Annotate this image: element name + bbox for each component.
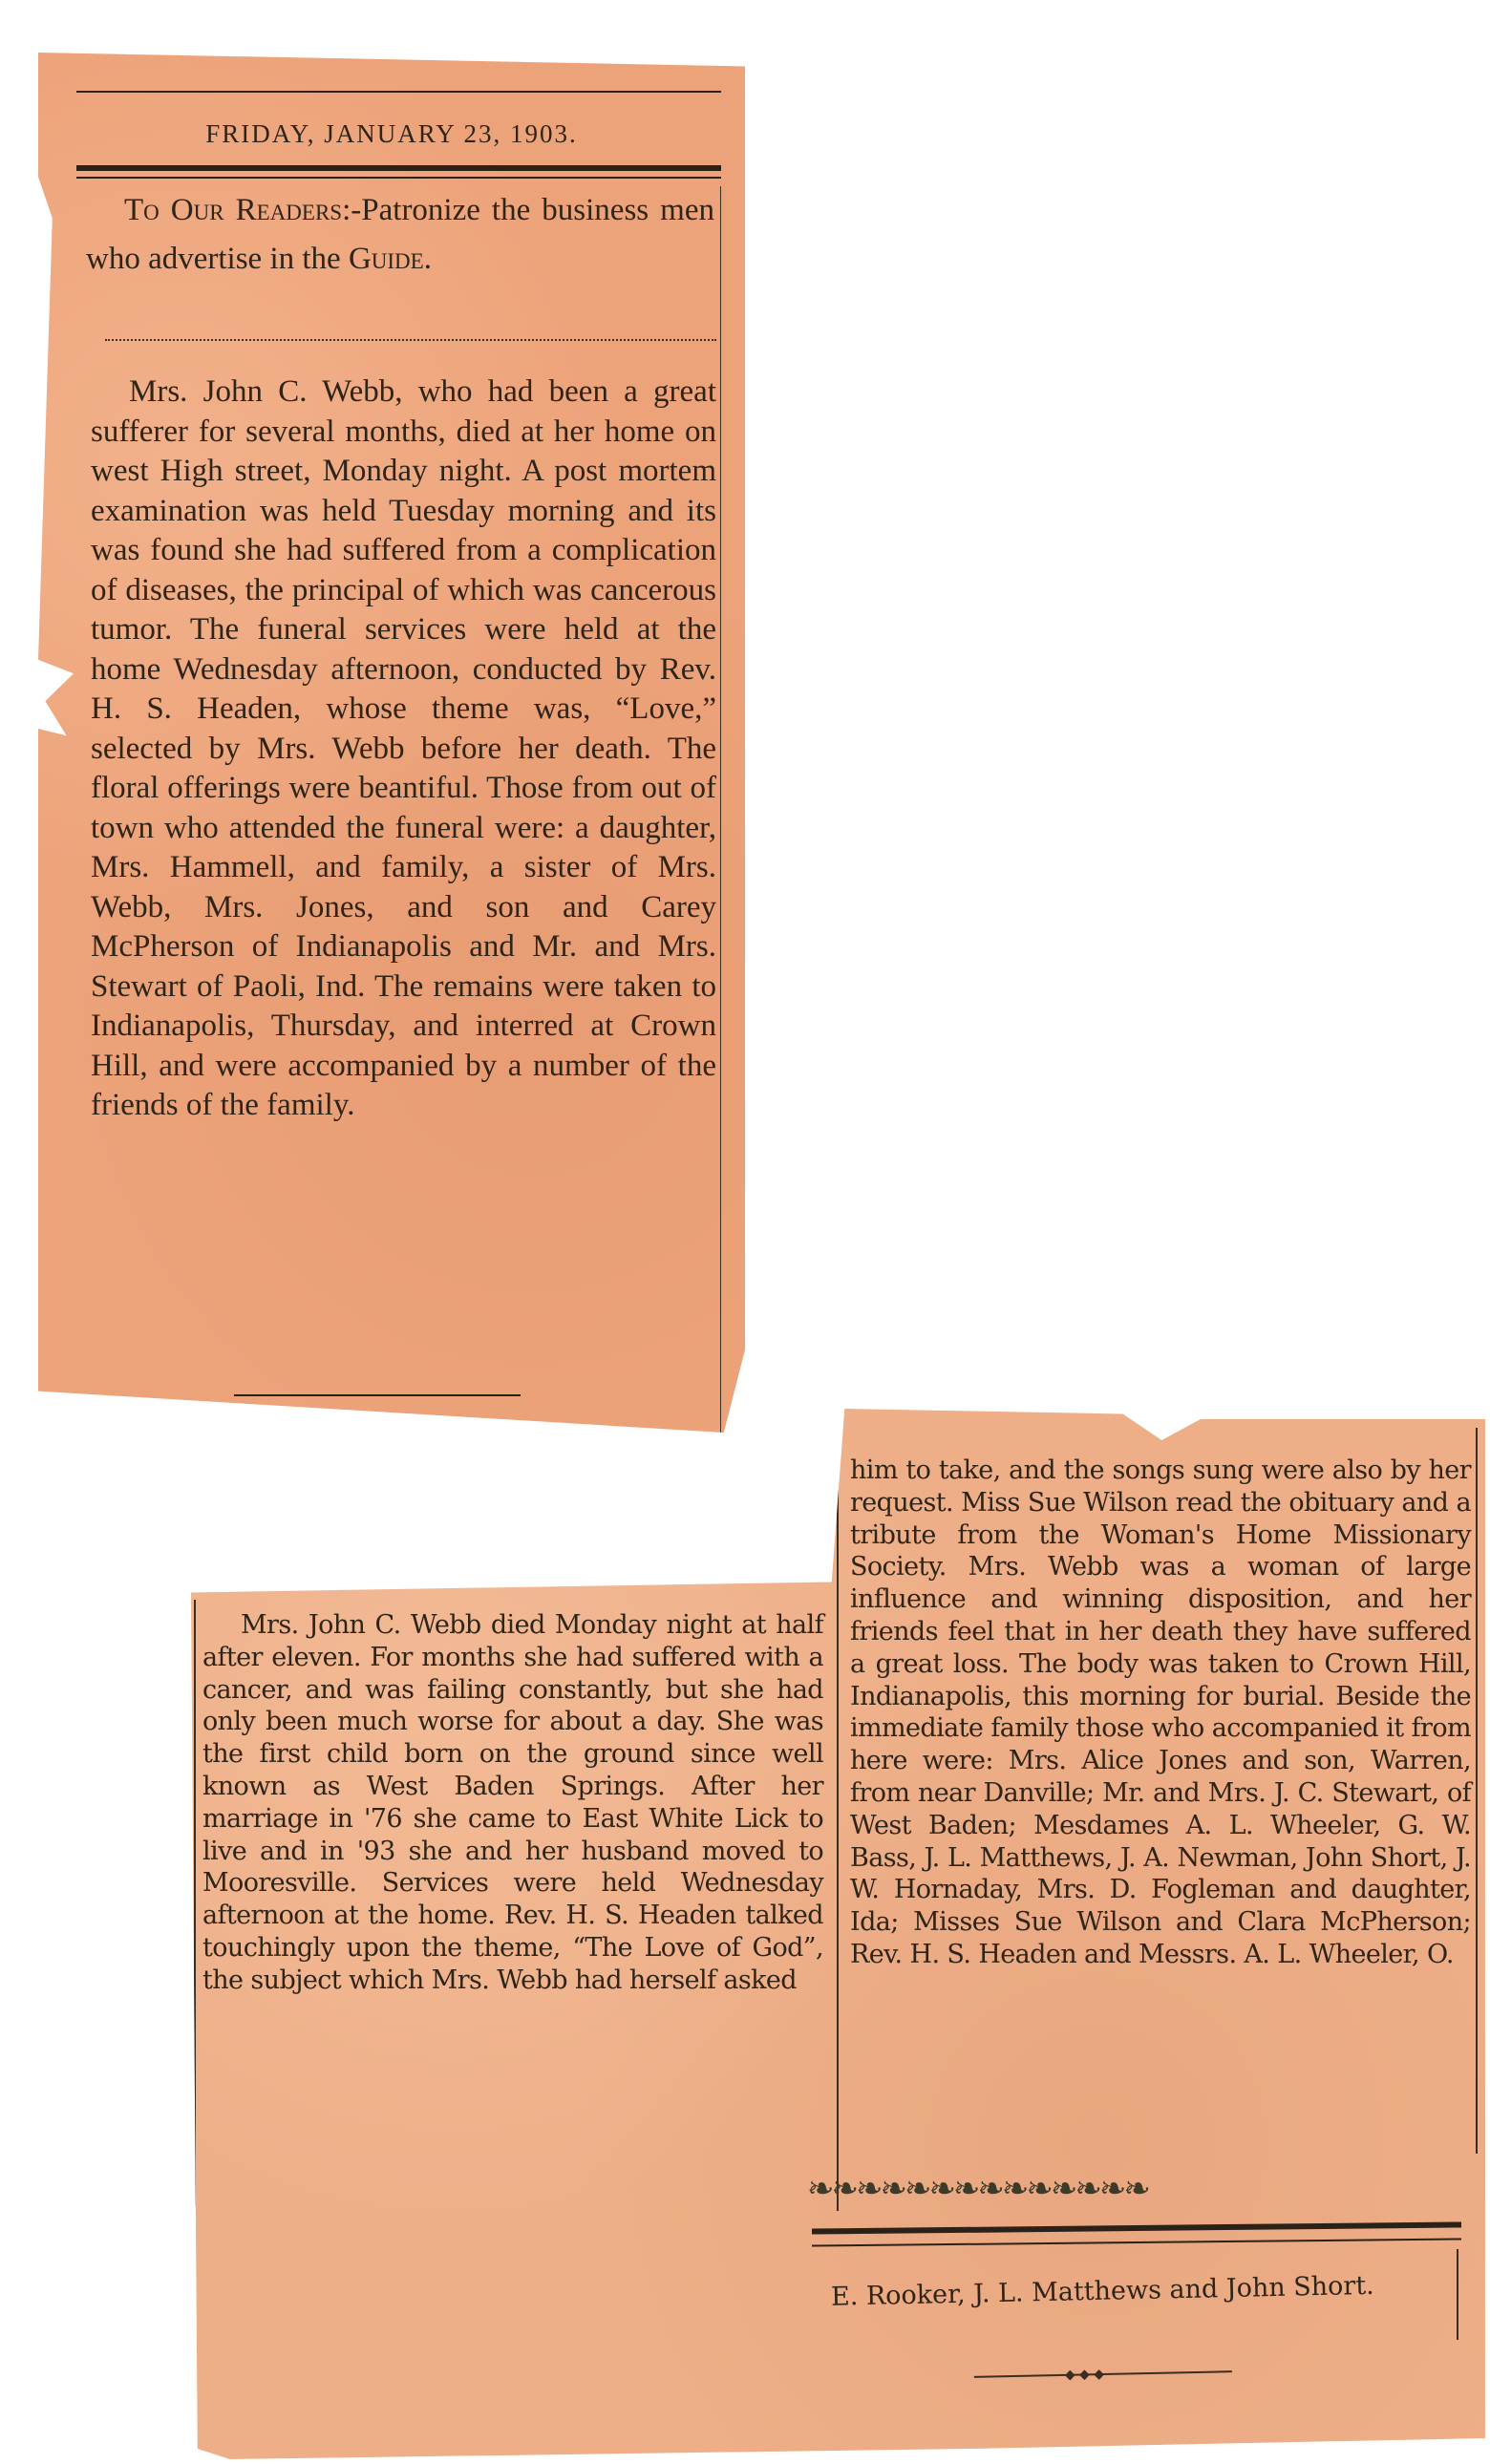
laurel-ornament-border: ❧❧❧❧❧❧❧❧❧❧❧❧❧❧ — [807, 2163, 1457, 2216]
top-rule — [76, 91, 721, 93]
readers-notice: To Our Readers:-Patronize the business m… — [86, 186, 714, 284]
closing-column-rule — [1457, 2249, 1458, 2340]
ornament-thin-rule — [812, 2238, 1461, 2246]
right-column-rule — [1476, 1428, 1478, 2154]
end-rule — [234, 1394, 521, 1396]
end-ornament: ◆ ◆ ◆ — [1065, 2367, 1105, 2383]
closing-text: E. Rooker, J. L. Matthews and John Short… — [831, 2266, 1443, 2315]
header-thick-rule — [76, 165, 721, 171]
end-ornament-rule: ◆ ◆ ◆ — [974, 2370, 1232, 2391]
notice-lead: To Our Readers: — [86, 193, 351, 227]
wavy-divider — [105, 329, 716, 341]
left-column-rule — [194, 1600, 196, 2206]
header-thin-rule — [76, 177, 721, 179]
ornament-thick-rule — [812, 2221, 1461, 2234]
dateline: FRIDAY, JANUARY 23, 1903. — [38, 119, 745, 149]
clipping-lower: Mrs. John C. Webb died Monday night at h… — [191, 1409, 1485, 2459]
right-column-text: him to take, and the songs sung were als… — [850, 1455, 1471, 1971]
notice-end: Guide. — [349, 242, 432, 276]
left-column-text: Mrs. John C. Webb died Monday night at h… — [202, 1609, 823, 1997]
middle-column-rule — [837, 1428, 839, 2211]
column-rule — [720, 186, 722, 1447]
obituary-text: Mrs. John C. Webb, who had been a great … — [91, 372, 716, 1126]
clipping-upper: FRIDAY, JANUARY 23, 1903. To Our Readers… — [38, 53, 745, 1433]
